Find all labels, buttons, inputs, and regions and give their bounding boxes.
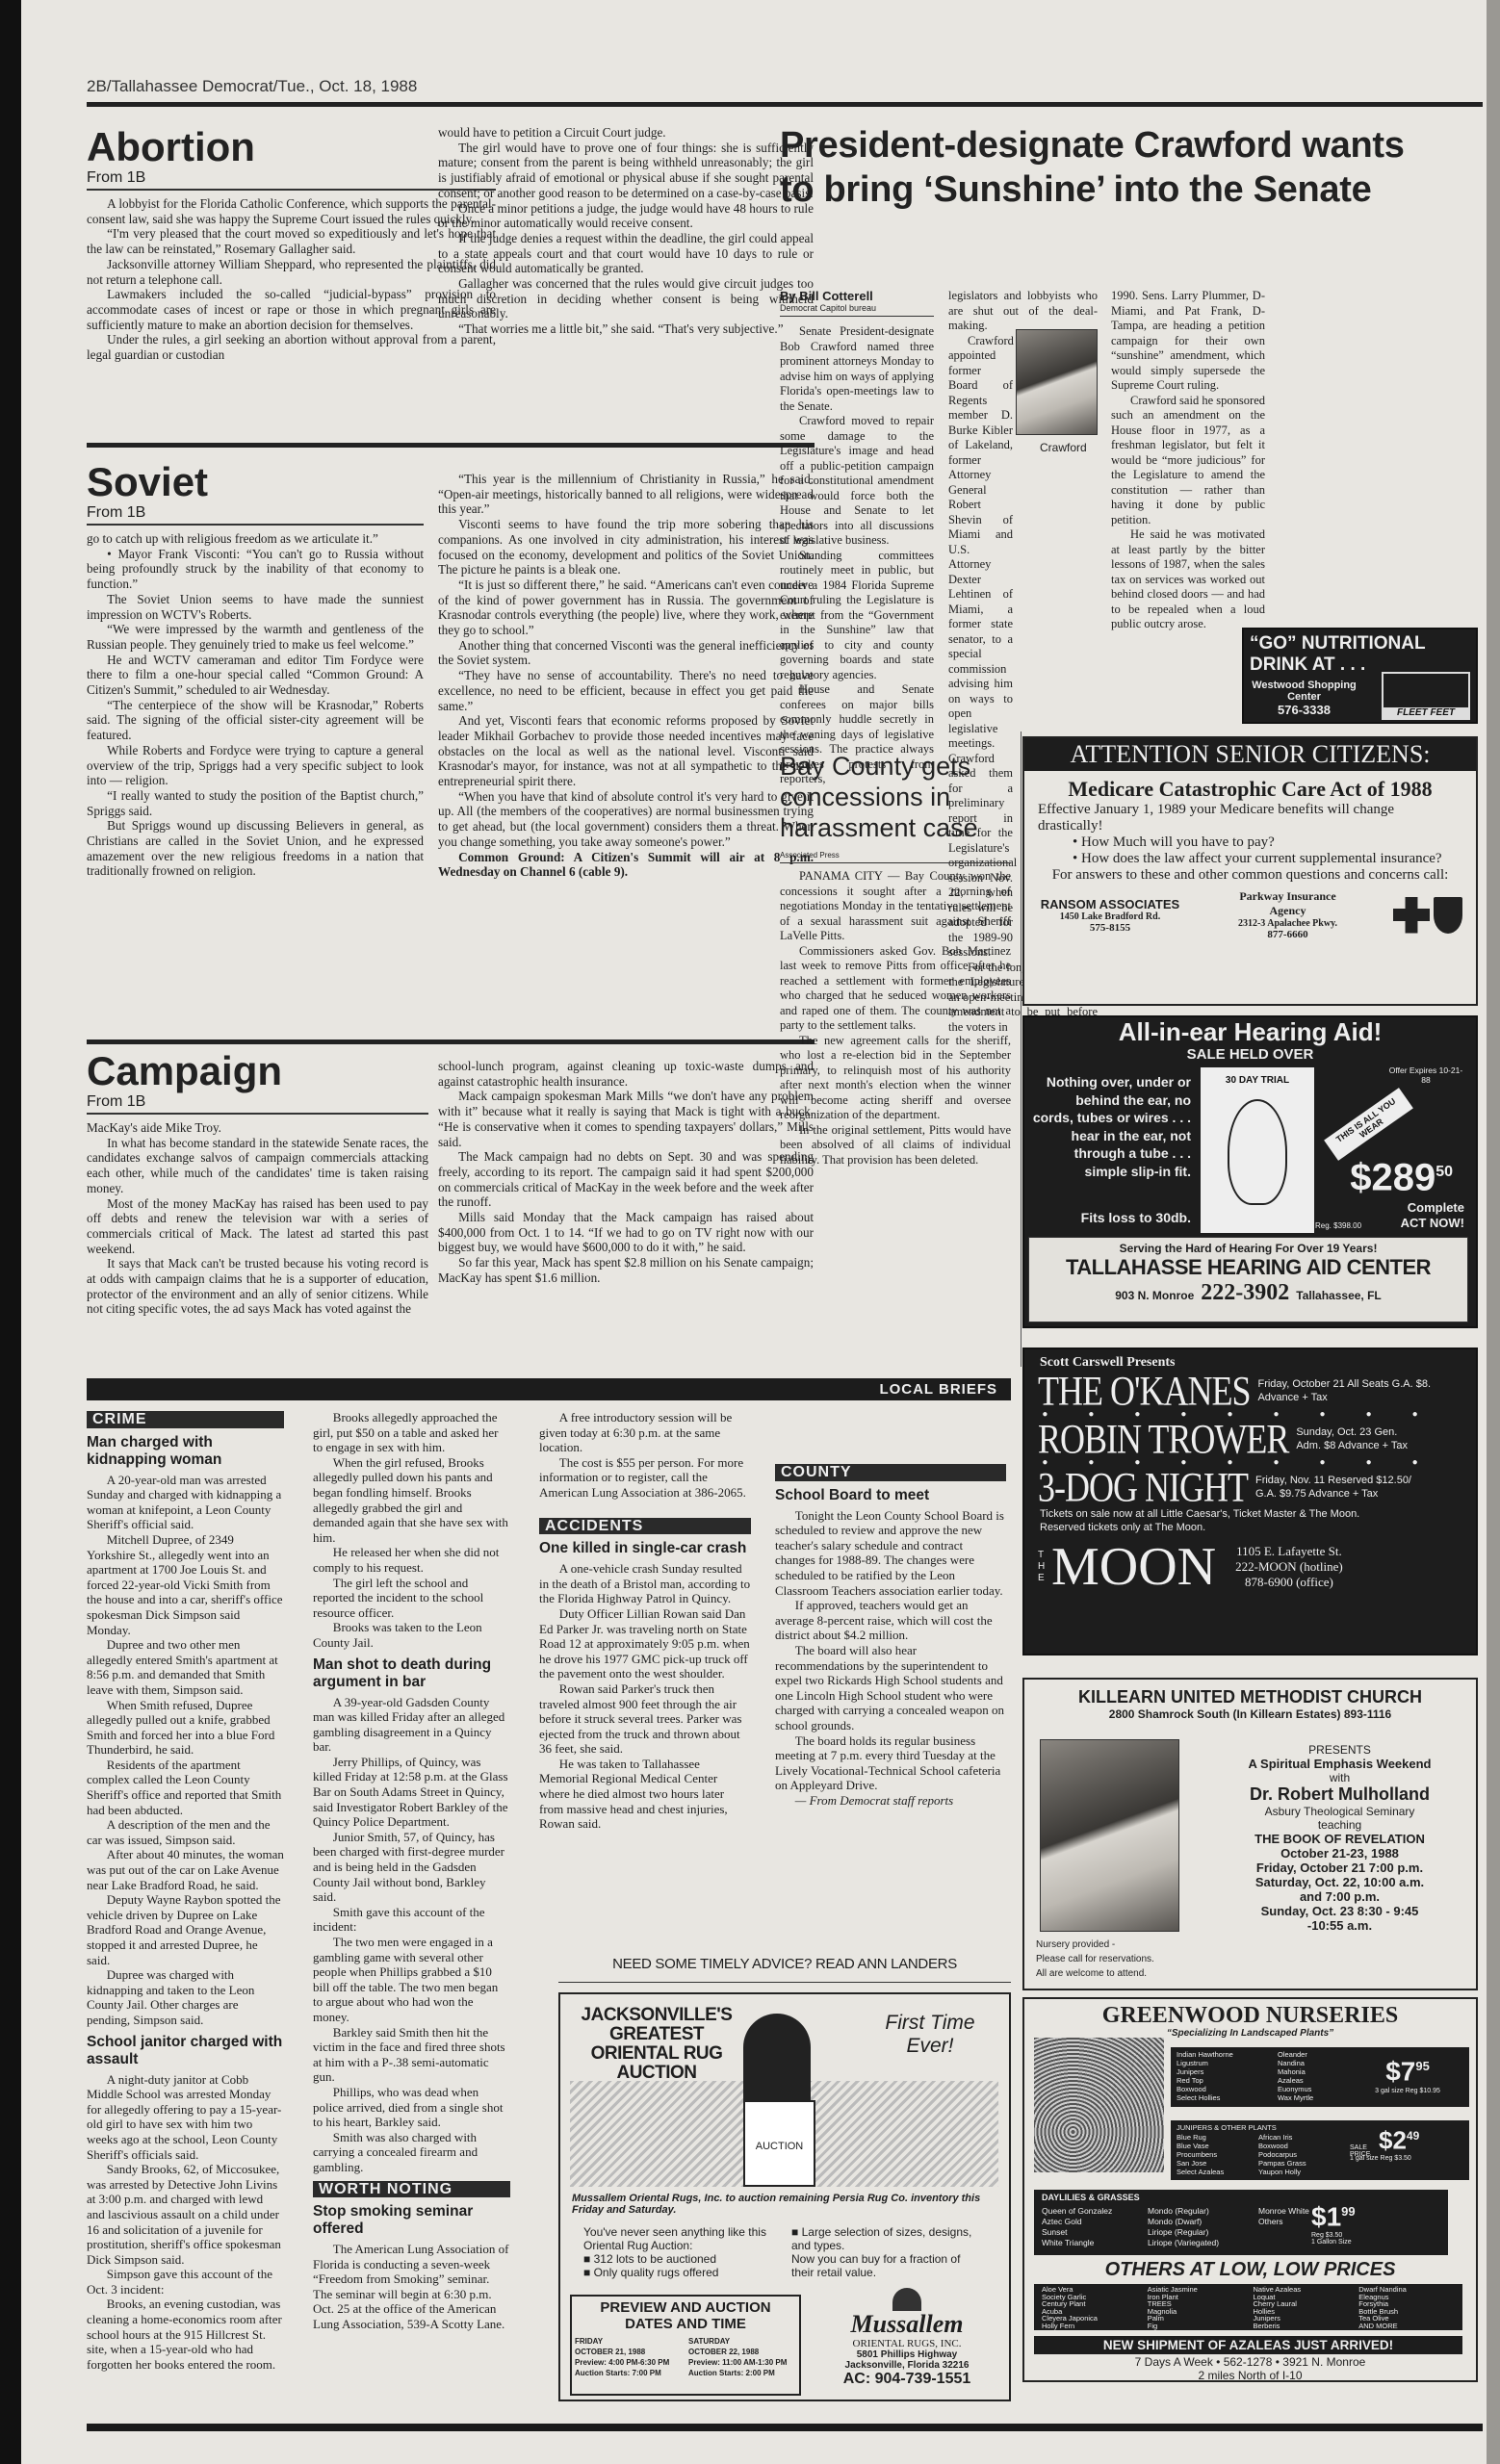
paragraph: Once a minor petitions a judge, the judg… (438, 201, 814, 231)
saturday-schedule: SATURDAYOCTOBER 22, 1988Preview: 11:00 A… (688, 2336, 796, 2378)
paragraph: A one-vehicle crash Sunday resulted in t… (539, 1561, 751, 1606)
church-notes: Nursery provided -Please call for reserv… (1036, 1938, 1154, 1981)
paragraph: “When you have that kind of absolute con… (438, 789, 814, 850)
paragraph: While Roberts and Fordyce were trying to… (87, 743, 424, 788)
nursery-name: GREENWOOD NURSERIES (1024, 1999, 1476, 2028)
paragraph: Tonight the Leon County School Board is … (775, 1508, 1006, 1599)
offer-expiry: Offer Expires 10-21-88 (1387, 1065, 1464, 1085)
act-name: ROBIN TROWER (1038, 1417, 1288, 1461)
azalea-banner: NEW SHIPMENT OF AZALEAS JUST ARRIVED! (1034, 2336, 1462, 2354)
ad-brand: FLEET FEET (1384, 707, 1468, 718)
briefs-col3: A free introductory session will be give… (539, 1410, 751, 1832)
parkway-insurance: Parkway Insurance Agency 2312-3 Apalache… (1221, 889, 1356, 940)
paragraph: would have to petition a Circuit Court j… (438, 125, 814, 141)
wire-credit: Associated Press (780, 843, 1011, 863)
auction-podium: AUCTION (743, 2100, 815, 2187)
paragraph: Duty Officer Lillian Rowan said Dan Ed P… (539, 1606, 751, 1681)
church-address: 2800 Shamrock South (In Killearn Estates… (1024, 1707, 1476, 1721)
baycounty-story: Bay County gets concessions in harassmen… (780, 751, 1011, 1168)
paragraph: And yet, Visconti fears that economic re… (438, 713, 814, 789)
paragraph: Simpson gave this account of the Oct. 3 … (87, 2267, 284, 2297)
paragraph: Brooks was taken to the Leon County Jail… (313, 1620, 510, 1650)
blue-cross-blue-shield-icon (1393, 897, 1462, 934)
plant-list: Blue RugBlue VaseProcumbensSan JoseSelec… (1177, 2133, 1258, 2177)
section-divider (87, 443, 815, 448)
running-shoe-logo-icon: FLEET FEET (1382, 672, 1470, 720)
page-bottom-rule (87, 2424, 1483, 2431)
paragraph: In the original settlement, Pitts would … (780, 1123, 1011, 1168)
act-name: 3-DOG NIGHT (1038, 1465, 1248, 1509)
ad-tagline: Serving the Hard of Hearing For Over 19 … (1029, 1238, 1467, 1255)
paragraph: 1990. Sens. Larry Plummer, D-Miami, and … (1111, 289, 1265, 394)
paragraph: Most of the money MacKay has raised has … (87, 1196, 428, 1257)
photo-caption: Crawford (1040, 441, 1087, 454)
brief-headline: Man charged with kidnapping woman (87, 1434, 284, 1469)
briefs-col2: Brooks allegedly approached the girl, pu… (313, 1410, 510, 2332)
act-details: Friday, October 21 All Seats G.A. $8. Ad… (1257, 1377, 1460, 1404)
paragraph: Mitchell Dupree, of 2349 Yorkshire St., … (87, 1532, 284, 1637)
logo-wordmark: Mussallem (811, 2311, 1003, 2338)
briefs-col4: COUNTY School Board to meet Tonight the … (775, 1410, 1006, 1808)
paragraph: A description of the men and the car was… (87, 1817, 284, 1847)
crawford-photo (1016, 329, 1098, 435)
paragraph: But Spriggs wound up discussing Believer… (87, 818, 424, 879)
paragraph: legislators and lobbyists who are shut o… (948, 289, 1098, 334)
crawford-col3: 1990. Sens. Larry Plummer, D-Miami, and … (1111, 289, 1265, 632)
price-tier-795: Indian HawthorneLigustrumJunipersRed Top… (1171, 2047, 1469, 2107)
church-name: KILLEARN UNITED METHODIST CHURCH (1024, 1680, 1476, 1707)
paragraph: In what has become standard in the state… (87, 1136, 428, 1196)
broadcast-tagline: Common Ground: A Citizen's Summit will a… (438, 850, 814, 880)
agent-name: Parkway Insurance Agency (1221, 889, 1356, 918)
schedule-title: PREVIEW AND AUCTION DATES AND TIME (575, 2299, 796, 2332)
soviet-col2: “This year is the millennium of Christia… (438, 472, 814, 880)
paragraph: Mack campaign spokesman Mark Mills “we d… (438, 1089, 814, 1149)
plant-list: Mondo (Regular)Mondo (Dwarf)Liriope (Reg… (1148, 2206, 1258, 2252)
business-name: TALLAHASSE HEARING AID CENTER (1029, 1255, 1467, 1280)
auctioneer-illustration-icon (743, 2014, 811, 2100)
soviet-jump: Soviet From 1B go to catch up with relig… (87, 460, 424, 879)
category-accidents: ACCIDENTS (539, 1518, 751, 1535)
paragraph: Jerry Phillips, of Quincy, was killed Fr… (313, 1755, 510, 1830)
company-address: Jacksonville, Florida 32216 (811, 2360, 1003, 2371)
paragraph: When Smith refused, Dupree allegedly pul… (87, 1698, 284, 1758)
category-crime: CRIME (87, 1411, 284, 1428)
brief-headline: School janitor charged with assault (87, 2034, 284, 2068)
ad-cta: For answers to these and other common qu… (1024, 867, 1476, 884)
ransom-associates: RANSOM ASSOCIATES 1450 Lake Bradford Rd.… (1038, 897, 1182, 934)
category-worth-noting: WORTH NOTING (313, 2181, 510, 2198)
event-details: PRESENTS A Spiritual Emphasis Weekend wi… (1207, 1743, 1472, 1933)
paragraph: Lawmakers included the so-called “judici… (87, 287, 496, 332)
paragraph: Brooks, an evening custodian, was cleani… (87, 2297, 284, 2372)
paragraph: Sandy Brooks, 62, of Miccosukee, was arr… (87, 2162, 284, 2267)
paragraph: Crawford said he sponsored such an amend… (1111, 394, 1265, 528)
tier-price: SALE PRICE $249 1 gal size Reg $3.50 (1350, 2133, 1456, 2177)
soviet-title: Soviet (87, 460, 424, 504)
plant-list: African IrisBoxwoodPodocarpusPampas Gras… (1258, 2133, 1350, 2177)
paragraph: Under the rules, a girl seeking an abort… (87, 332, 496, 362)
killearn-church-ad[interactable]: KILLEARN UNITED METHODIST CHURCH 2800 Sh… (1022, 1678, 1478, 1990)
ad-headline: “GO” NUTRITIONAL (1244, 629, 1476, 654)
agent-phone: 877-6660 (1221, 929, 1356, 940)
paragraph: Mills said Monday that the Mack campaign… (438, 1210, 814, 1255)
headline-line: to bring ‘Sunshine’ into the Senate (780, 167, 1478, 212)
headline-line: President-designate Crawford wants (780, 123, 1478, 167)
paragraph: “They have no sense of accountability. T… (438, 668, 814, 713)
scan-edge-left (0, 0, 21, 2464)
paragraph: If approved, teachers would get an avera… (775, 1598, 1006, 1643)
paragraph: Jacksonville attorney William Sheppard, … (87, 257, 496, 287)
auction-schedule-box: PREVIEW AND AUCTION DATES AND TIME FRIDA… (570, 2295, 801, 2396)
paragraph: “We were impressed by the warmth and gen… (87, 622, 424, 652)
folio-rule (87, 102, 1483, 107)
paragraph: Dupree was charged with kidnapping and t… (87, 1967, 284, 2027)
paragraph: PANAMA CITY — Bay County won the concess… (780, 869, 1011, 944)
campaign-from: From 1B (87, 1093, 428, 1115)
ear-illustration-icon: 30 DAY TRIAL (1201, 1067, 1314, 1233)
ad-phone: 576-3338 (1244, 703, 1364, 717)
paragraph: Phillips, who was dead when police arriv… (313, 2085, 510, 2130)
agent-address: 1450 Lake Bradford Rd. (1038, 911, 1182, 922)
abortion-title: Abortion (87, 125, 496, 169)
plant-list: OleanderNandinaMahoniaAzaleasEuonymusWax… (1278, 2050, 1355, 2104)
crawford-headline: President-designate Crawford wants to br… (780, 123, 1478, 212)
ad-title: All-in-ear Hearing Aid! (1024, 1017, 1476, 1046)
paragraph: Gallagher was concerned that the rules w… (438, 276, 814, 321)
hearing-center-panel: Serving the Hard of Hearing For Over 19 … (1028, 1237, 1468, 1322)
act-row: THE O'KANES Friday, October 21 All Seats… (1024, 1373, 1476, 1409)
paragraph: The board holds its regular business mee… (775, 1733, 1006, 1793)
paragraph: Another thing that concerned Visconti wa… (438, 638, 814, 668)
ad-price: $28950 (1350, 1152, 1453, 1197)
paragraph: A free introductory session will be give… (539, 1410, 751, 1455)
ad-location: Westwood Shopping Center (1244, 680, 1364, 703)
regular-price: Reg. $398.00 (1315, 1221, 1361, 1230)
paragraph: “I'm very pleased that the court moved s… (87, 226, 496, 256)
paragraph: The American Lung Association of Florida… (313, 2242, 510, 2332)
paragraph: He said he was motivated at least partly… (1111, 527, 1265, 632)
ad-pitch: Nothing over, under or behind the ear, n… (1032, 1073, 1191, 1180)
price-note: Complete (1408, 1200, 1464, 1215)
taj-mahal-icon (892, 2288, 921, 2311)
crawford-col1: By Bill Cotterell Democrat Capitol burea… (780, 289, 934, 787)
newspaper-page: 2B/Tallahassee Democrat/Tue., Oct. 18, 1… (77, 58, 1483, 2445)
paragraph: Residents of the apartment complex calle… (87, 1758, 284, 1817)
paragraph: A 20-year-old man was arrested Sunday an… (87, 1473, 284, 1532)
plant-list: Monroe WhiteOthers (1258, 2206, 1311, 2252)
paragraph: Crawford moved to repair some damage to … (780, 414, 934, 549)
byline-bureau: Democrat Capitol bureau (780, 303, 934, 317)
paragraph: Brooks allegedly approached the girl, pu… (313, 1410, 510, 1455)
rug-auction-ad[interactable]: JACKSONVILLE'S GREATEST ORIENTAL RUG AUC… (558, 1992, 1011, 2401)
company-phone: AC: 904-739-1551 (811, 2371, 1003, 2388)
paragraph: Barkley said Smith then hit the victim i… (313, 2025, 510, 2085)
paragraph: Senate President-designate Bob Crawford … (780, 324, 934, 414)
brief-headline: School Board to meet (775, 1487, 1006, 1504)
paragraph: The cost is $55 per person. For more inf… (539, 1455, 751, 1501)
ad-subtitle: SALE HELD OVER (1024, 1046, 1476, 1063)
brief-headline: Stop smoking seminar offered (313, 2203, 510, 2238)
abortion-jump: Abortion From 1B A lobbyist for the Flor… (87, 125, 496, 363)
venue-contact: 1105 E. Lafayette St. 222-MOON (hotline)… (1235, 1544, 1343, 1590)
soviet-from: From 1B (87, 504, 424, 526)
ad-tagline: First Time Ever! (872, 2012, 988, 2058)
paragraph: Smith gave this account of the incident: (313, 1905, 510, 1935)
ad-question: • How Much will you have to pay? (1024, 834, 1476, 851)
abortion-from: From 1B (87, 169, 496, 191)
story-headline: Bay County gets concessions in harassmen… (780, 751, 1011, 843)
paragraph: Visconti seems to have found the trip mo… (438, 517, 814, 577)
agent-phone: 575-8155 (1038, 922, 1182, 934)
planter-illustration-icon (1034, 2038, 1164, 2172)
paragraph: The Soviet Union seems to have made the … (87, 592, 424, 622)
company-name: ORIENTAL RUGS, INC. (811, 2338, 1003, 2349)
soviet-col1: go to catch up with religious freedom as… (87, 531, 424, 879)
paragraph: Standing committees routinely meet in pu… (780, 549, 934, 683)
ad-question: • How does the law affect your current s… (1024, 851, 1476, 867)
medicare-ad[interactable]: ATTENTION SENIOR CITIZENS: Medicare Cata… (1022, 736, 1478, 1006)
tier-price: $199 Reg $3.50 1 Gallon Size (1311, 2206, 1427, 2252)
fleet-feet-ad[interactable]: “GO” NUTRITIONAL DRINK AT . . . Westwood… (1242, 628, 1478, 724)
paragraph: “It is just so different there,” he said… (438, 577, 814, 638)
act-name: THE O'KANES (1038, 1369, 1250, 1413)
paragraph: The new agreement calls for the sheriff,… (780, 1034, 1011, 1123)
paragraph: So far this year, Mack has spent $2.8 mi… (438, 1255, 814, 1285)
paragraph: Junior Smith, 57, of Quincy, has been ch… (313, 1830, 510, 1905)
arrow-callout: THIS IS ALL YOU WEAR (1324, 1088, 1413, 1161)
brief-headline: Man shot to death during argument in bar (313, 1656, 510, 1691)
price-tier-199: DAYLILIES & GRASSES Queen of GonzalezAzt… (1034, 2190, 1448, 2255)
ad-fits: Fits loss to 30db. (1032, 1210, 1191, 1225)
abortion-col2: would have to petition a Circuit Court j… (438, 125, 814, 337)
price-tier-249: JUNIPERS & OTHER PLANTS Blue RugBlue Vas… (1171, 2120, 1469, 2180)
paragraph: After about 40 minutes, the woman was pu… (87, 1847, 284, 1892)
plant-list: Indian HawthorneLigustrumJunipersRed Top… (1177, 2050, 1278, 2104)
staff-credit: — From Democrat staff reports (775, 1793, 1006, 1809)
paragraph: A 39-year-old Gadsden County man was kil… (313, 1695, 510, 1755)
nursery-contact: 7 Days A Week • 562-1278 • 3921 N. Monro… (1024, 2355, 1476, 2382)
ad-headline: JACKSONVILLE'S GREATEST ORIENTAL RUG AUC… (570, 2006, 743, 2083)
paragraph: If the judge denies a request within the… (438, 231, 814, 276)
paragraph: “That worries me a little bit,” she said… (438, 321, 814, 337)
briefs-col1: CRIME Man charged with kidnapping woman … (87, 1405, 284, 2372)
paragraph: The board will also hear recommendations… (775, 1643, 1006, 1733)
paragraph: Dupree and two other men allegedly enter… (87, 1637, 284, 1697)
campaign-title: Campaign (87, 1049, 428, 1093)
paragraph: MacKay's aide Mike Troy. (87, 1120, 428, 1136)
paragraph: A lobbyist for the Florida Catholic Conf… (87, 196, 496, 226)
other-plants-list: Aloe VeraSociety GarlicCentury PlantAcub… (1034, 2284, 1462, 2330)
paragraph: The girl left the school and reported th… (313, 1576, 510, 1621)
the-moon-concert-ad[interactable]: Scott Carswell Presents THE O'KANES Frid… (1022, 1347, 1478, 1655)
agent-name: RANSOM ASSOCIATES (1038, 897, 1182, 911)
paragraph: It says that Mack can't be trusted becau… (87, 1256, 428, 1317)
tier-price: $795 3 gal size Reg $10.95 (1355, 2050, 1461, 2104)
paragraph: The two men were engaged in a gambling g… (313, 1935, 510, 2025)
speaker-photo (1040, 1739, 1179, 1932)
paragraph: go to catch up with religious freedom as… (87, 531, 424, 547)
others-banner: OTHERS AT LOW, LOW PRICES (1024, 2259, 1476, 2281)
paragraph: “This year is the millennium of Christia… (438, 472, 814, 517)
venue-logo: MOON (1051, 1540, 1216, 1594)
local-briefs-banner: LOCAL BRIEFS (87, 1378, 1011, 1400)
greenwood-nurseries-ad[interactable]: GREENWOOD NURSERIES “Specializing In Lan… (1022, 1997, 1478, 2382)
brief-headline: One killed in single-car crash (539, 1540, 751, 1557)
act-row: ROBIN TROWER Sunday, Oct. 23 Gen. Adm. $… (1024, 1421, 1476, 1457)
ad-text: Effective January 1, 1989 your Medicare … (1024, 802, 1476, 834)
plant-list: Queen of GonzalezAztec GoldSunsetWhite T… (1042, 2206, 1148, 2252)
scan-edge-right (1487, 0, 1500, 2464)
paragraph: The Mack campaign had no debts on Sept. … (438, 1149, 814, 1210)
section-divider (87, 1039, 815, 1044)
paragraph: Rowan said Parker's truck then traveled … (539, 1681, 751, 1757)
ann-landers-promo[interactable]: NEED SOME TIMELY ADVICE? READ ANN LANDER… (558, 1952, 1011, 1983)
paragraph: The girl would have to prove one of four… (438, 141, 814, 201)
agent-address: 2312-3 Apalachee Pkwy. (1221, 918, 1356, 929)
paragraph: Smith was also charged with carrying a c… (313, 2130, 510, 2175)
paragraph: “The centerpiece of the show will be Kra… (87, 698, 424, 743)
paragraph: He and WCTV cameraman and editor Tim For… (87, 653, 424, 698)
company-address: 5801 Phillips Highway (811, 2349, 1003, 2360)
paragraph: He was taken to Tallahassee Memorial Reg… (539, 1757, 751, 1832)
campaign-col1: MacKay's aide Mike Troy. In what has bec… (87, 1120, 428, 1317)
paragraph: “I really wanted to study the position o… (87, 788, 424, 818)
byline: By Bill Cotterell (780, 289, 934, 303)
act-details: Sunday, Oct. 23 Gen. Adm. $8 Advance + T… (1296, 1425, 1411, 1452)
paragraph: When the girl refused, Brooks allegedly … (313, 1455, 510, 1546)
paragraph: school-lunch program, against cleaning u… (438, 1059, 814, 1089)
hearing-aid-ad[interactable]: All-in-ear Hearing Aid! SALE HELD OVER N… (1022, 1015, 1478, 1328)
category-county: COUNTY (775, 1464, 1006, 1481)
mussallem-logo: Mussallem ORIENTAL RUGS, INC. 5801 Phill… (811, 2288, 1003, 2388)
column-rule (1021, 731, 1022, 1367)
campaign-jump: Campaign From 1B MacKay's aide Mike Troy… (87, 1049, 428, 1317)
ad-banner: ATTENTION SENIOR CITIZENS: (1024, 738, 1476, 771)
trial-label: 30 DAY TRIAL (1201, 1067, 1314, 1086)
campaign-col2: school-lunch program, against cleaning u… (438, 1059, 814, 1286)
ad-title: Medicare Catastrophic Care Act of 1988 (1024, 777, 1476, 802)
rug-features-right: ■ Large selection of sizes, designs, and… (791, 2225, 984, 2279)
rug-features-left: You've never seen anything like this Ori… (583, 2225, 776, 2279)
ad-cta: ACT NOW! (1401, 1216, 1464, 1230)
act-details: Friday, Nov. 11 Reserved $12.50/ G.A. $9… (1255, 1474, 1429, 1501)
friday-schedule: FRIDAYOCTOBER 21, 1988Preview: 4:00 PM-6… (575, 2336, 683, 2378)
folio-line: 2B/Tallahassee Democrat/Tue., Oct. 18, 1… (87, 77, 417, 96)
paragraph: Commissioners asked Gov. Bob Martinez la… (780, 944, 1011, 1034)
paragraph: Deputy Wayne Raybon spotted the vehicle … (87, 1892, 284, 1967)
venue-the: THE (1038, 1550, 1047, 1584)
paragraph: A night-duty janitor at Cobb Middle Scho… (87, 2072, 284, 2163)
paragraph: He released her when she did not comply … (313, 1545, 510, 1575)
venue-row: THE MOON 1105 E. Lafayette St. 222-MOON … (1024, 1536, 1476, 1598)
abortion-col1: A lobbyist for the Florida Catholic Conf… (87, 196, 496, 363)
business-contact: 903 N. Monroe 222-3902 Tallahassee, FL (1029, 1280, 1467, 1306)
paragraph: • Mayor Frank Visconti: “You can't go to… (87, 547, 424, 592)
act-row: 3-DOG NIGHT Friday, Nov. 11 Reserved $12… (1024, 1469, 1476, 1505)
ad-subhead: Mussallem Oriental Rugs, Inc. to auction… (572, 2193, 1000, 2216)
